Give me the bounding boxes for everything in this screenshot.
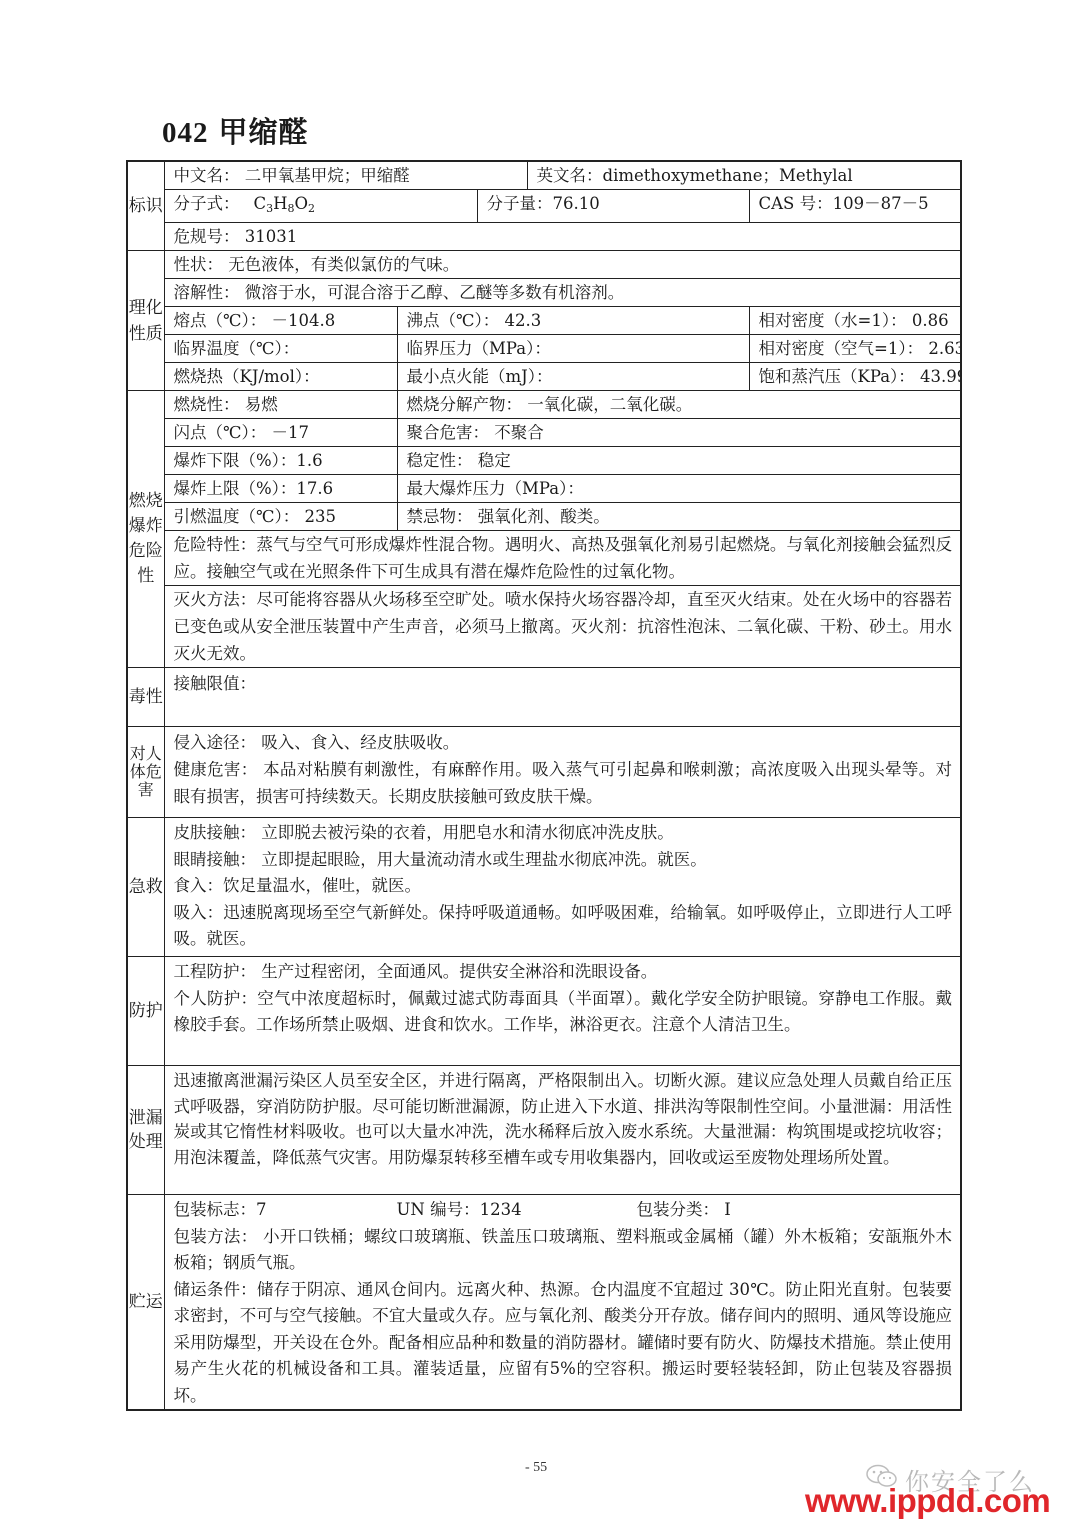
molecular-formula: 分子式：C3H8O2 (164, 190, 477, 223)
protection-content: 工程防护： 生产过程密闭，全面通风。提供安全淋浴和洗眼设备。 个人防护：空气中浓… (164, 957, 961, 1066)
health-hazard: 健康危害： 本品对粘膜有刺激性，有麻醉作用。吸入蒸气可引起鼻和喉刺激；高浓度吸入… (174, 756, 953, 810)
leak-handling: 迅速撤离泄漏污染区人员至安全区，并进行隔离，严格限制出入。切断火源。建议应急处理… (164, 1066, 961, 1195)
un-number: UN 编号：1234 (397, 1197, 637, 1224)
personal-protection: 个人防护：空气中浓度超标时，佩戴过滤式防毒面具（半面罩）。戴化学安全防护眼镜。穿… (174, 986, 953, 1039)
flammability: 燃烧性： 易燃 (164, 391, 397, 419)
melting-point: 熔点（℃）： －104.8 (164, 307, 397, 335)
combustion-heat: 燃烧热（KJ/mol）： (164, 363, 397, 391)
relative-density-air: 相对密度（空气=1）： 2.63 (749, 335, 961, 363)
autoignition-temperature: 引燃温度（℃）： 235 (164, 503, 397, 531)
stability: 稳定性： 稳定 (397, 447, 961, 475)
upper-explosive-limit: 爆炸上限（%）：17.6 (164, 475, 397, 503)
solubility: 溶解性： 微溶于水，可混合溶于乙醇、乙醚等多数有机溶剂。 (164, 279, 961, 307)
eye-contact: 眼睛接触： 立即提起眼睑，用大量流动清水或生理盐水彻底冲洗。就医。 (174, 847, 953, 874)
critical-temperature: 临界温度（℃）： (164, 335, 397, 363)
page-title: 042甲缩醛 (162, 110, 309, 151)
appearance: 性状： 无色液体，有类似氯仿的气味。 (164, 251, 961, 279)
page-number: - 55 (525, 1460, 547, 1476)
firefighting-methods: 灭火方法：尽可能将容器从火场移至空旷处。喷水保持火场容器冷却，直至灭火结束。处在… (164, 586, 961, 668)
storage-content: 包装标志：7UN 编号：1234包装分类： Ⅰ 包装方法： 小开口铁桶；螺纹口玻… (164, 1195, 961, 1411)
exposure-limit: 接触限值： (164, 668, 961, 727)
section-label-leak: 泄漏处理 (127, 1066, 164, 1195)
watermark-url: www.ippdd.com (805, 1482, 1050, 1520)
section-label-first-aid: 急救 (127, 818, 164, 957)
polymerization-hazard: 聚合危害： 不聚合 (397, 419, 961, 447)
packaging-mark: 包装标志：7 (174, 1197, 397, 1224)
section-label-protection: 防护 (127, 957, 164, 1066)
section-label-identification: 标识 (127, 161, 164, 251)
packaging-info-row: 包装标志：7UN 编号：1234包装分类： Ⅰ (174, 1197, 953, 1224)
storage-conditions: 储运条件：储存于阴凉、通风仓间内。远离火种、热源。仓内温度不宜超过 30℃。防止… (174, 1277, 953, 1410)
critical-pressure: 临界压力（MPa）： (397, 335, 749, 363)
ingestion: 食入：饮足量温水，催吐，就医。 (174, 873, 953, 900)
cas-number: CAS 号：109－87－5 (749, 190, 961, 223)
title-name: 甲缩醛 (219, 117, 309, 149)
flash-point: 闪点（℃）： －17 (164, 419, 397, 447)
incompatible-materials: 禁忌物： 强氧化剂、酸类。 (397, 503, 961, 531)
saturated-vapor-pressure: 饱和蒸汽压（KPa）： 43.99（20℃） (749, 363, 961, 391)
hazard-number: 危规号： 31031 (164, 223, 961, 251)
packaging-class: 包装分类： Ⅰ (637, 1200, 731, 1219)
hazard-characteristics: 危险特性：蒸气与空气可形成爆炸性混合物。遇明火、高热及强氧化剂易引起燃烧。与氧化… (164, 531, 961, 586)
watermark: 你安全了么 www.ippdd.com (805, 1462, 1075, 1522)
en-name: 英文名：dimethoxymethane；Methylal (527, 161, 961, 190)
msds-table: 标识 中文名： 二甲氧基甲烷；甲缩醛 英文名：dimethoxymethane；… (126, 160, 962, 1411)
first-aid-content: 皮肤接触： 立即脱去被污染的衣着，用肥皂水和清水彻底冲洗皮肤。 眼睛接触： 立即… (164, 818, 961, 957)
cn-name: 中文名： 二甲氧基甲烷；甲缩醛 (164, 161, 527, 190)
boiling-point: 沸点（℃）： 42.3 (397, 307, 749, 335)
relative-density-water: 相对密度（水=1）： 0.86 (749, 307, 961, 335)
section-label-toxicity: 毒性 (127, 668, 164, 727)
section-label-fire-explosion: 燃烧爆炸危险性 (127, 391, 164, 668)
inhalation: 吸入：迅速脱离现场至空气新鲜处。保持呼吸道通畅。如呼吸困难，给输氧。如呼吸停止，… (174, 900, 953, 953)
molecular-weight: 分子量：76.10 (477, 190, 749, 223)
section-label-storage: 贮运 (127, 1195, 164, 1411)
health-hazard-content: 侵入途径： 吸入、食入、经皮肤吸收。 健康危害： 本品对粘膜有刺激性，有麻醉作用… (164, 727, 961, 818)
packaging-method: 包装方法： 小开口铁桶；螺纹口玻璃瓶、铁盖压口玻璃瓶、塑料瓶或金属桶（罐）外木板… (174, 1224, 953, 1277)
title-number: 042 (162, 117, 209, 149)
entry-route: 侵入途径： 吸入、食入、经皮肤吸收。 (174, 729, 953, 756)
section-label-health-hazard: 对人体危害 (127, 727, 164, 818)
lower-explosive-limit: 爆炸下限（%）：1.6 (164, 447, 397, 475)
max-explosion-pressure: 最大爆炸压力（MPa）： (397, 475, 961, 503)
skin-contact: 皮肤接触： 立即脱去被污染的衣着，用肥皂水和清水彻底冲洗皮肤。 (174, 820, 953, 847)
engineering-protection: 工程防护： 生产过程密闭，全面通风。提供安全淋浴和洗眼设备。 (174, 959, 953, 986)
decomposition-products: 燃烧分解产物： 一氧化碳，二氧化碳。 (397, 391, 961, 419)
min-ignition-energy: 最小点火能（mJ）： (397, 363, 749, 391)
section-label-physchem: 理化性质 (127, 251, 164, 391)
